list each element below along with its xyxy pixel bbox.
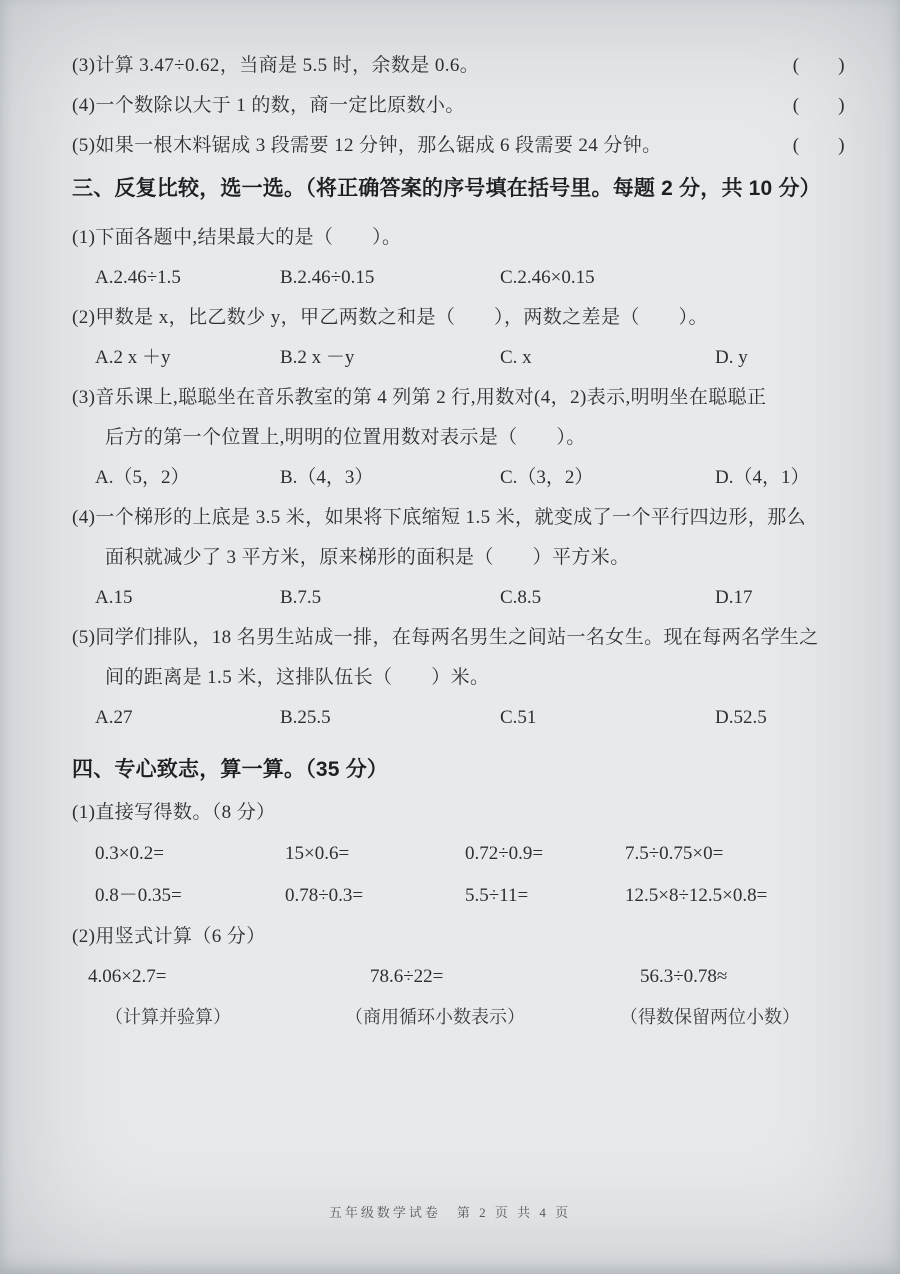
option-c: C.（3，2）: [500, 458, 715, 498]
option-c: C.2.46×0.15: [500, 258, 715, 298]
section3-heading: 三、反复比较，选一选。（将正确答案的序号填在括号里。每题 2 分，共 10 分）: [72, 166, 845, 212]
option-d: D. y: [715, 338, 845, 378]
judgment-item: (4)一个数除以大于 1 的数，商一定比原数小。 ( ): [72, 86, 845, 126]
option-a: A.27: [72, 698, 280, 738]
page-footer: 五年级数学试卷 第 2 页 共 4 页: [0, 1202, 900, 1221]
judgment-item: (5)如果一根木料锯成 3 段需要 12 分钟，那么锯成 6 段需要 24 分钟…: [72, 126, 845, 166]
option-c: C.51: [500, 698, 715, 738]
section4-heading: 四、专心致志，算一算。（35 分）: [72, 747, 845, 793]
option-d: D.（4，1）: [715, 458, 845, 498]
question-text-continued: 面积就减少了 3 平方米，原来梯形的面积是（ ）平方米。: [72, 538, 845, 578]
question-2: (2)甲数是 x，比乙数少 y，甲乙两数之和是（ ），两数之差是（ ）。 A.2…: [72, 298, 845, 378]
options-row: A.2 x ＋y B.2 x －y C. x D. y: [72, 338, 845, 378]
calc-expression: 0.8－0.35=: [72, 875, 285, 917]
mental-calc-row-1: 0.3×0.2= 15×0.6= 0.72÷0.9= 7.5÷0.75×0=: [72, 833, 845, 875]
question-3: (3)音乐课上,聪聪坐在音乐教室的第 4 列第 2 行,用数对(4，2)表示,明…: [72, 378, 845, 498]
calc-note: （计算并验算）: [72, 997, 345, 1037]
question-text: (5)同学们排队，18 名男生站成一排，在每两名男生之间站一名女生。现在每两名学…: [72, 618, 845, 658]
section4-part1-label: (1)直接写得数。（8 分）: [72, 793, 845, 833]
question-text: (2)甲数是 x，比乙数少 y，甲乙两数之和是（ ），两数之差是（ ）。: [72, 298, 845, 338]
calc-expression: 0.78÷0.3=: [285, 875, 465, 917]
judgment-text: (5)如果一根木料锯成 3 段需要 12 分钟，那么锯成 6 段需要 24 分钟…: [72, 126, 662, 166]
option-a: A.（5，2）: [72, 458, 280, 498]
option-b: B.2 x －y: [280, 338, 500, 378]
calc-note: （得数保留两位小数）: [620, 997, 845, 1037]
option-d: D.17: [715, 578, 845, 618]
option-a: A.2.46÷1.5: [72, 258, 280, 298]
option-d: D.52.5: [715, 698, 845, 738]
calc-notes-row: （计算并验算） （商用循环小数表示） （得数保留两位小数）: [72, 997, 845, 1037]
option-b: B.2.46÷0.15: [280, 258, 500, 298]
calc-problem: 4.06×2.7=: [72, 957, 370, 997]
option-b: B.7.5: [280, 578, 500, 618]
option-c: C.8.5: [500, 578, 715, 618]
option-c: C. x: [500, 338, 715, 378]
option-b: B.25.5: [280, 698, 500, 738]
calc-expression: 5.5÷11=: [465, 875, 625, 917]
mental-calc-row-2: 0.8－0.35= 0.78÷0.3= 5.5÷11= 12.5×8÷12.5×…: [72, 875, 845, 917]
question-text-continued: 后方的第一个位置上,明明的位置用数对表示是（ ）。: [72, 418, 845, 458]
option-d-empty: [715, 258, 845, 298]
options-row: A.15 B.7.5 C.8.5 D.17: [72, 578, 845, 618]
option-b: B.（4，3）: [280, 458, 500, 498]
calc-expression: 7.5÷0.75×0=: [625, 833, 845, 875]
answer-bracket: ( ): [793, 46, 845, 86]
question-text-continued: 间的距离是 1.5 米，这排队伍长（ ）米。: [72, 658, 845, 698]
option-a: A.15: [72, 578, 280, 618]
answer-bracket: ( ): [793, 86, 845, 126]
question-4: (4)一个梯形的上底是 3.5 米，如果将下底缩短 1.5 米，就变成了一个平行…: [72, 498, 845, 618]
options-row: A.（5，2） B.（4，3） C.（3，2） D.（4，1）: [72, 458, 845, 498]
calc-note: （商用循环小数表示）: [345, 997, 620, 1037]
calc-expression: 0.72÷0.9=: [465, 833, 625, 875]
vertical-calc-row: 4.06×2.7= 78.6÷22= 56.3÷0.78≈: [72, 957, 845, 997]
options-row: A.27 B.25.5 C.51 D.52.5: [72, 698, 845, 738]
option-a: A.2 x ＋y: [72, 338, 280, 378]
answer-bracket: ( ): [793, 126, 845, 166]
judgment-text: (4)一个数除以大于 1 的数，商一定比原数小。: [72, 86, 465, 126]
calc-problem: 56.3÷0.78≈: [640, 957, 845, 997]
question-5: (5)同学们排队，18 名男生站成一排，在每两名男生之间站一名女生。现在每两名学…: [72, 618, 845, 738]
options-row: A.2.46÷1.5 B.2.46÷0.15 C.2.46×0.15: [72, 258, 845, 298]
calc-problem: 78.6÷22=: [370, 957, 640, 997]
calc-expression: 15×0.6=: [285, 833, 465, 875]
judgment-item: (3)计算 3.47÷0.62，当商是 5.5 时，余数是 0.6。 ( ): [72, 46, 845, 86]
calc-expression: 0.3×0.2=: [72, 833, 285, 875]
judgment-text: (3)计算 3.47÷0.62，当商是 5.5 时，余数是 0.6。: [72, 46, 479, 86]
calc-expression: 12.5×8÷12.5×0.8=: [625, 875, 845, 917]
question-text: (3)音乐课上,聪聪坐在音乐教室的第 4 列第 2 行,用数对(4，2)表示,明…: [72, 378, 845, 418]
question-text: (1)下面各题中,结果最大的是（ ）。: [72, 218, 845, 258]
exam-page: (3)计算 3.47÷0.62，当商是 5.5 时，余数是 0.6。 ( ) (…: [0, 0, 900, 1037]
section4-part2-label: (2)用竖式计算（6 分）: [72, 917, 845, 957]
question-text: (4)一个梯形的上底是 3.5 米，如果将下底缩短 1.5 米，就变成了一个平行…: [72, 498, 845, 538]
question-1: (1)下面各题中,结果最大的是（ ）。 A.2.46÷1.5 B.2.46÷0.…: [72, 218, 845, 298]
